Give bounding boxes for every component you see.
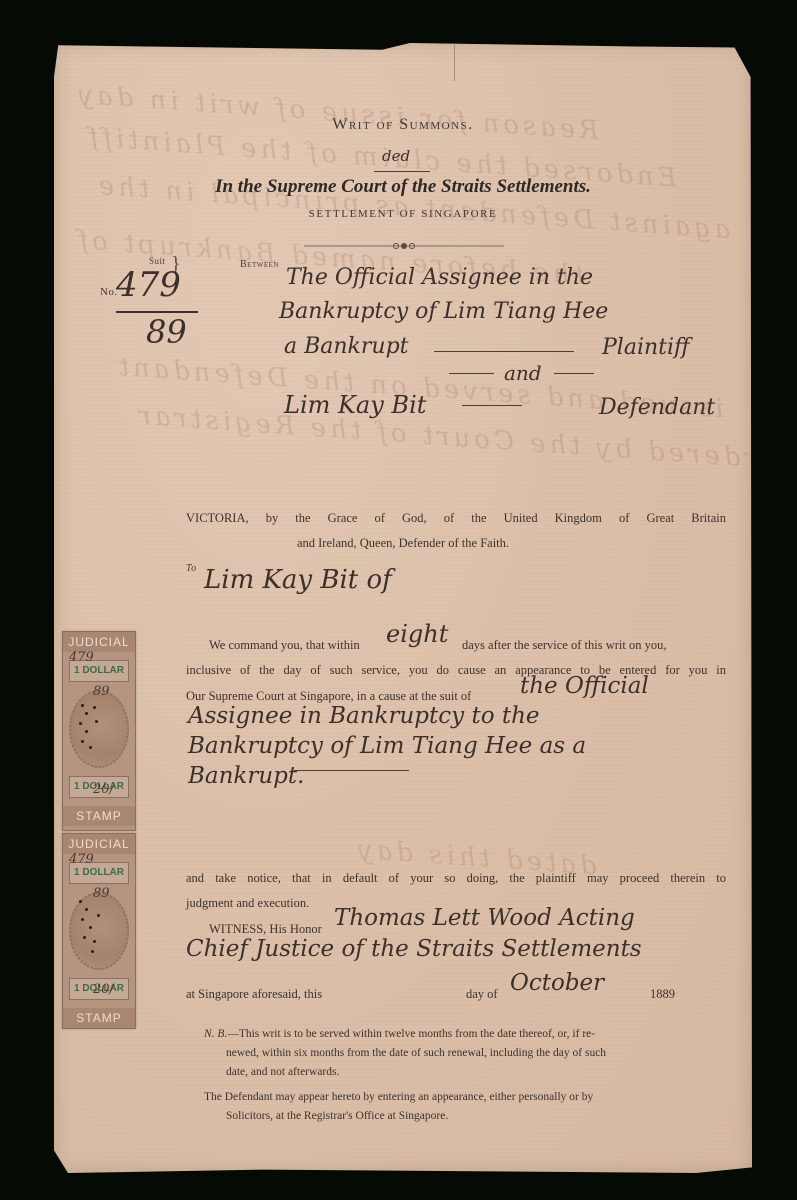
stamp-note-mid: 89 — [93, 886, 110, 901]
defendant-dash — [462, 405, 522, 406]
days-handwritten: eight — [386, 620, 448, 648]
command-part-1: We command you, that within — [209, 632, 360, 658]
stamp-note-top: 479 — [69, 650, 94, 665]
preamble-line-2: and Ireland, Queen, Defender of the Fait… — [54, 530, 752, 556]
paper-tear — [454, 45, 455, 81]
suit-year: 89 — [146, 313, 187, 351]
stamp-header: JUDICIAL — [63, 834, 135, 854]
stamp-note-top: 479 — [69, 852, 94, 867]
suit-of-handwritten-2: Assignee in Bankruptcy to the — [188, 703, 540, 729]
nb-block: N. B.—This writ is to be served within t… — [204, 1025, 724, 1082]
stamp-note-bottom: 20/ — [93, 982, 114, 997]
and-dash-right — [554, 373, 594, 374]
defendant-name: Lim Kay Bit — [284, 391, 426, 419]
plaintiff-line-2: Bankruptcy of Lim Tiang Hee — [279, 299, 608, 324]
suit-number: 479 — [116, 265, 181, 305]
witness-handwritten-1: Thomas Lett Wood Acting — [334, 905, 635, 931]
day-of-label: day of — [466, 981, 498, 1007]
suit-of-handwritten-3: Bankruptcy of Lim Tiang Hee as a — [188, 733, 586, 759]
document-title: Writ of Summons. — [54, 116, 752, 134]
notice-line-2: judgment and execution. — [186, 890, 309, 916]
judicial-stamp-1: JUDICIAL 1 DOLLAR 1 DOLLAR STAMP 479 89 … — [62, 631, 136, 831]
plaintiff-line-1: The Official Assignee in the — [286, 265, 593, 290]
court-name: In the Supreme Court of the Straits Sett… — [54, 176, 752, 198]
and-label: and — [504, 361, 542, 385]
and-dash-left — [449, 373, 494, 374]
title-annotation: ded — [382, 147, 410, 165]
dated-label: at Singapore aforesaid, this — [186, 981, 322, 1007]
stamp-note-bottom: 20/ — [93, 782, 114, 797]
defendant-note: The Defendant may appear hereto by enter… — [204, 1088, 724, 1126]
stamp-footer: STAMP — [63, 1008, 135, 1028]
queen-portrait-icon — [69, 892, 129, 970]
notice-line-1: and take notice, that in default of your… — [186, 865, 726, 891]
judicial-stamp-2: JUDICIAL 1 DOLLAR 1 DOLLAR STAMP 479 89 … — [62, 833, 136, 1029]
to-label: To — [186, 563, 197, 574]
year: 1889 — [650, 981, 675, 1007]
nb-line-3: date, and not afterwards. — [204, 1063, 724, 1082]
defendant-role: Defendant — [599, 395, 715, 420]
defendant-note-line-1: The Defendant may appear hereto by enter… — [204, 1088, 724, 1107]
settlement-name: SETTLEMENT OF SINGAPORE — [54, 208, 752, 220]
defendant-note-line-2: Solicitors, at the Registrar's Office at… — [204, 1107, 724, 1126]
nb-line-1: —This writ is to be served within twelve… — [227, 1028, 595, 1040]
ornament-divider — [304, 242, 504, 250]
writ-document-page: Reason for issue of writ in day Endorsed… — [54, 43, 752, 1173]
nb-line-2: newed, within six months from the date o… — [204, 1044, 724, 1063]
month-handwritten: October — [510, 970, 604, 996]
command-part-2: days after the service of this writ on y… — [462, 632, 666, 658]
preamble-line-1: VICTORIA, by the Grace of God, of the Un… — [186, 505, 726, 531]
queen-portrait-icon — [69, 690, 129, 768]
suit-end-dash — [294, 770, 409, 771]
to-name: Lim Kay Bit of — [204, 565, 392, 595]
title-rule — [374, 171, 430, 172]
plaintiff-dash — [434, 351, 574, 352]
suit-of-handwritten-4: Bankrupt. — [188, 763, 304, 789]
stamp-note-mid: 89 — [93, 684, 110, 699]
plaintiff-line-3: a Bankrupt — [284, 334, 409, 359]
witness-handwritten-2: Chief Justice of the Straits Settlements — [186, 936, 642, 962]
stamp-footer: STAMP — [63, 806, 135, 826]
stamp-header: JUDICIAL — [63, 632, 135, 652]
nb-label: N. B. — [204, 1028, 227, 1040]
plaintiff-role: Plaintiff — [602, 335, 690, 360]
between-label: Between — [240, 259, 279, 270]
suit-of-handwritten-1: the Official — [520, 673, 649, 699]
